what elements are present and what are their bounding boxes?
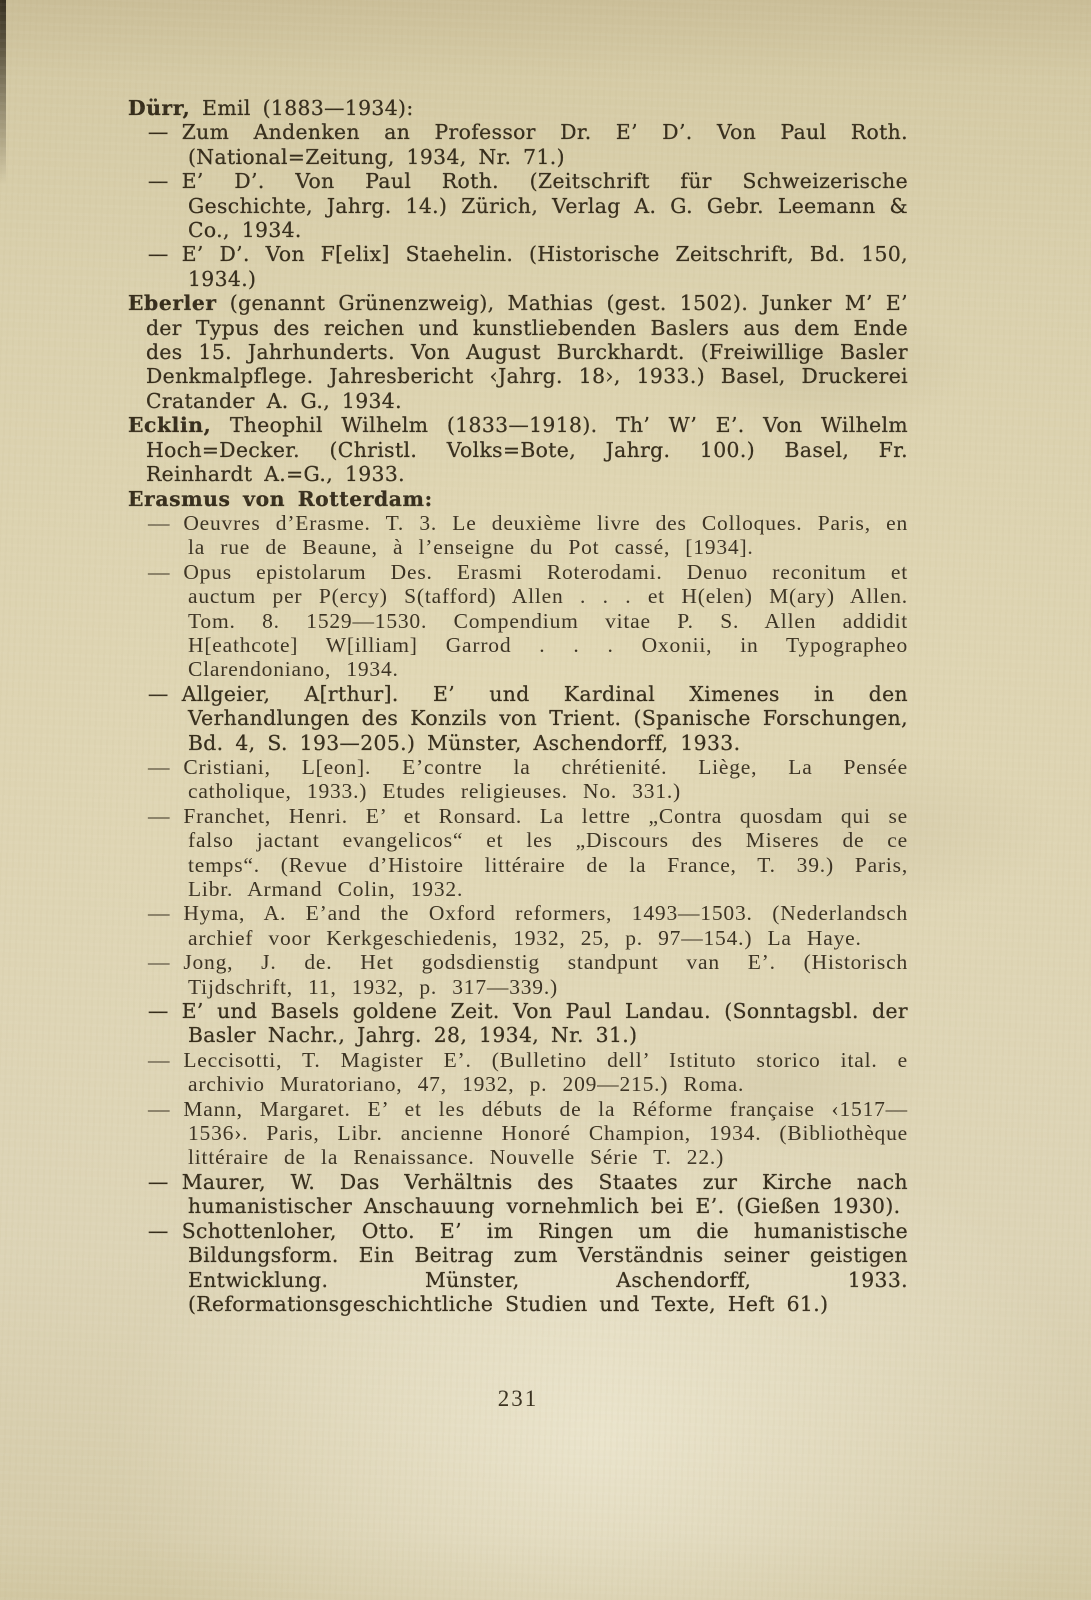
entry-headword: Ecklin,	[128, 413, 211, 437]
dash-marker: —	[148, 560, 170, 584]
dash-marker: —	[148, 999, 169, 1023]
dash-marker: —	[148, 950, 170, 974]
entry-text: Jong, J. de. Het godsdienstig standpunt …	[183, 950, 908, 998]
dash-marker: —	[148, 1097, 170, 1121]
entry-text: E’ D’. Von Paul Roth. (Zeitschrift für S…	[182, 169, 908, 242]
entry-text: Allgeier, A[rthur]. E’ und Kardinal Xime…	[182, 682, 908, 755]
entry-text: Oeuvres d’Erasme. T. 3. Le deuxième livr…	[183, 511, 908, 559]
bib-entry-duerr: Dürr, Emil (1883—1934):	[128, 96, 908, 120]
dash-marker: —	[148, 242, 169, 266]
bib-dash-item-franchet: —Franchet, Henri. E’ et Ronsard. La lett…	[128, 804, 908, 902]
bib-dash-item-staehelin: —E’ D’. Von F[elix] Staehelin. (Historis…	[128, 242, 908, 291]
dash-marker: —	[148, 1048, 170, 1072]
bib-dash-item-mann: —Mann, Margaret. E’ et les débuts de la …	[128, 1097, 908, 1170]
entry-text: (genannt Grünenzweig), Mathias (gest. 15…	[146, 291, 908, 413]
entry-text: Franchet, Henri. E’ et Ronsard. La lettr…	[183, 804, 908, 901]
entry-text: Leccisotti, T. Magister E’. (Bulletino d…	[183, 1048, 908, 1096]
bib-dash-item-jong: —Jong, J. de. Het godsdienstig standpunt…	[128, 950, 908, 999]
entry-text: Maurer, W. Das Verhältnis des Staates zu…	[182, 1170, 908, 1218]
entry-text: Zum Andenken an Professor Dr. E’ D’. Von…	[182, 120, 908, 168]
bib-entry-ecklin: Ecklin, Theophil Wilhelm (1833—1918). Th…	[128, 413, 908, 486]
bib-dash-item-roth-gedenken: —Zum Andenken an Professor Dr. E’ D’. Vo…	[128, 120, 908, 169]
entry-text: Mann, Margaret. E’ et les débuts de la R…	[183, 1097, 908, 1170]
dash-marker: —	[148, 169, 169, 193]
entry-headword: Erasmus von Rotterdam:	[128, 487, 433, 511]
bib-dash-item-opus-epistolarum: —Opus epistolarum Des. Erasmi Roterodami…	[128, 560, 908, 682]
dash-marker: —	[148, 511, 170, 535]
dash-marker: —	[148, 755, 170, 779]
bib-dash-item-cristiani: —Cristiani, L[eon]. E’contre la chrétien…	[128, 755, 908, 804]
scanned-book-page: Dürr, Emil (1883—1934): —Zum Andenken an…	[0, 0, 1091, 1600]
entry-headword: Eberler	[128, 291, 217, 315]
bib-dash-item-schottenloher: —Schottenloher, Otto. E’ im Ringen um di…	[128, 1219, 908, 1317]
bib-dash-item-hyma: —Hyma, A. E’and the Oxford reformers, 14…	[128, 901, 908, 950]
dash-marker: —	[148, 1170, 169, 1194]
entry-text: Hyma, A. E’and the Oxford reformers, 149…	[183, 901, 908, 949]
dash-marker: —	[148, 682, 169, 706]
dash-marker: —	[148, 1219, 169, 1243]
bib-dash-item-roth-zeitschrift: —E’ D’. Von Paul Roth. (Zeitschrift für …	[128, 169, 908, 242]
bib-dash-item-oeuvres: —Oeuvres d’Erasme. T. 3. Le deuxième liv…	[128, 511, 908, 560]
bib-entry-eberler: Eberler (genannt Grünenzweig), Mathias (…	[128, 291, 908, 413]
bib-entry-erasmus-heading: Erasmus von Rotterdam:	[128, 487, 908, 511]
entry-text: E’ D’. Von F[elix] Staehelin. (Historisc…	[182, 242, 908, 290]
bib-dash-item-landau: —E’ und Basels goldene Zeit. Von Paul La…	[128, 999, 908, 1048]
entry-text: Emil (1883—1934):	[202, 96, 413, 120]
entry-text: Schottenloher, Otto. E’ im Ringen um die…	[182, 1219, 908, 1316]
bib-dash-item-maurer: —Maurer, W. Das Verhältnis des Staates z…	[128, 1170, 908, 1219]
entry-text: E’ und Basels goldene Zeit. Von Paul Lan…	[182, 999, 908, 1047]
bib-dash-item-leccisotti: —Leccisotti, T. Magister E’. (Bulletino …	[128, 1048, 908, 1097]
dash-marker: —	[148, 120, 169, 144]
entry-text: Theophil Wilhelm (1833—1918). Th’ W’ E’.…	[146, 413, 908, 486]
bib-dash-item-allgeier: —Allgeier, A[rthur]. E’ und Kardinal Xim…	[128, 682, 908, 755]
scan-edge-shadow	[0, 0, 6, 185]
entry-text: Opus epistolarum Des. Erasmi Roterodami.…	[183, 560, 908, 682]
dash-marker: —	[148, 901, 170, 925]
dash-marker: —	[148, 804, 170, 828]
entry-headword: Dürr,	[128, 96, 190, 120]
entry-text: Cristiani, L[eon]. E’contre la chrétieni…	[183, 755, 908, 803]
page-number: 231	[128, 1386, 908, 1412]
bibliography-text-block: Dürr, Emil (1883—1934): —Zum Andenken an…	[128, 96, 908, 1316]
